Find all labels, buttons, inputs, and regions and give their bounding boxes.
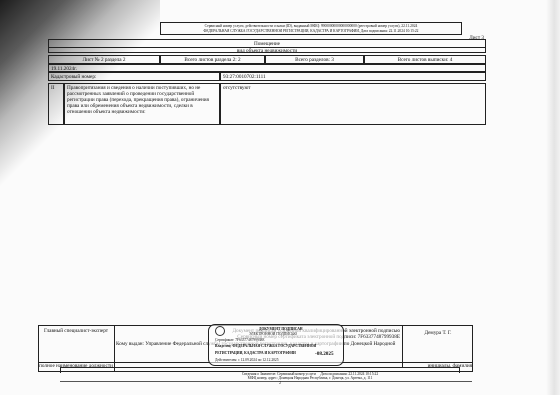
scan-edge (546, 0, 560, 395)
footer-divider-v1 (114, 325, 115, 372)
object-type-caption: вид объекта недвижимости (49, 48, 485, 54)
stamp-line-6: Действителен: с 12.09.2024 по 12.12.2025 (215, 358, 279, 362)
total-sections: Всего разделов: 3 (265, 55, 364, 64)
claims-number: II (48, 83, 64, 125)
date: 19.11.2024г. (48, 64, 486, 72)
e-signature-stamp: ДОКУМЕНТ ПОДПИСАН ЭЛЕКТРОННОЙ ПОДПИСЬЮ С… (208, 324, 344, 366)
cadastral-label: Кадастровый номер: (48, 72, 220, 81)
cadastral-value: 93:27:0010702:1111 (220, 72, 486, 81)
stamp-line-2: ЭЛЕКТРОННОЙ ПОДПИСЬЮ (249, 332, 297, 336)
signer-name: Демура Т. Г. (404, 330, 472, 336)
claims-value: отсутствуют (220, 83, 486, 125)
position-label: Главный специалист-эксперт (40, 328, 112, 334)
page-number: 2 (270, 381, 290, 385)
stamp-line-3: Сертификат: 7F6337748799938E (215, 338, 265, 342)
total-sheets-extract: Всего листов выписки: 4 (364, 55, 486, 64)
bottom-line-2: МФЦ номер, адрес: Донецкая Народная Респ… (160, 376, 460, 380)
bottom-rule (60, 381, 472, 382)
header-box: Сервисный номер услуги, действительности… (160, 22, 462, 35)
header-line-2: ФЕДЕРАЛЬНАЯ СЛУЖБА ГОСУДАРСТВЕННОЙ РЕГИС… (163, 29, 459, 33)
stamp-line-1: ДОКУМЕНТ ПОДПИСАН (259, 327, 303, 331)
stamp-date-badge: -08.2025 (315, 351, 334, 357)
emblem-icon (215, 326, 225, 336)
stamp-line-5: РЕГИСТРАЦИИ, КАДАСТРА И КАРТОГРАФИИ (215, 351, 296, 355)
header-line-1: Сервисный номер услуги, действительности… (163, 24, 459, 28)
title-box: Помещение вид объекта недвижимости (48, 39, 486, 53)
claims-description: Правопритязания и сведения о наличии пос… (64, 83, 220, 125)
stamp-line-4: Владелец: ФЕДЕРАЛЬНАЯ СЛУЖБА ГОСУДАРСТВЕ… (215, 344, 316, 348)
total-sheets-section: Всего листов раздела 2: 2 (160, 55, 265, 64)
sheet-section: Лист № 2 раздела 2 (48, 55, 160, 64)
